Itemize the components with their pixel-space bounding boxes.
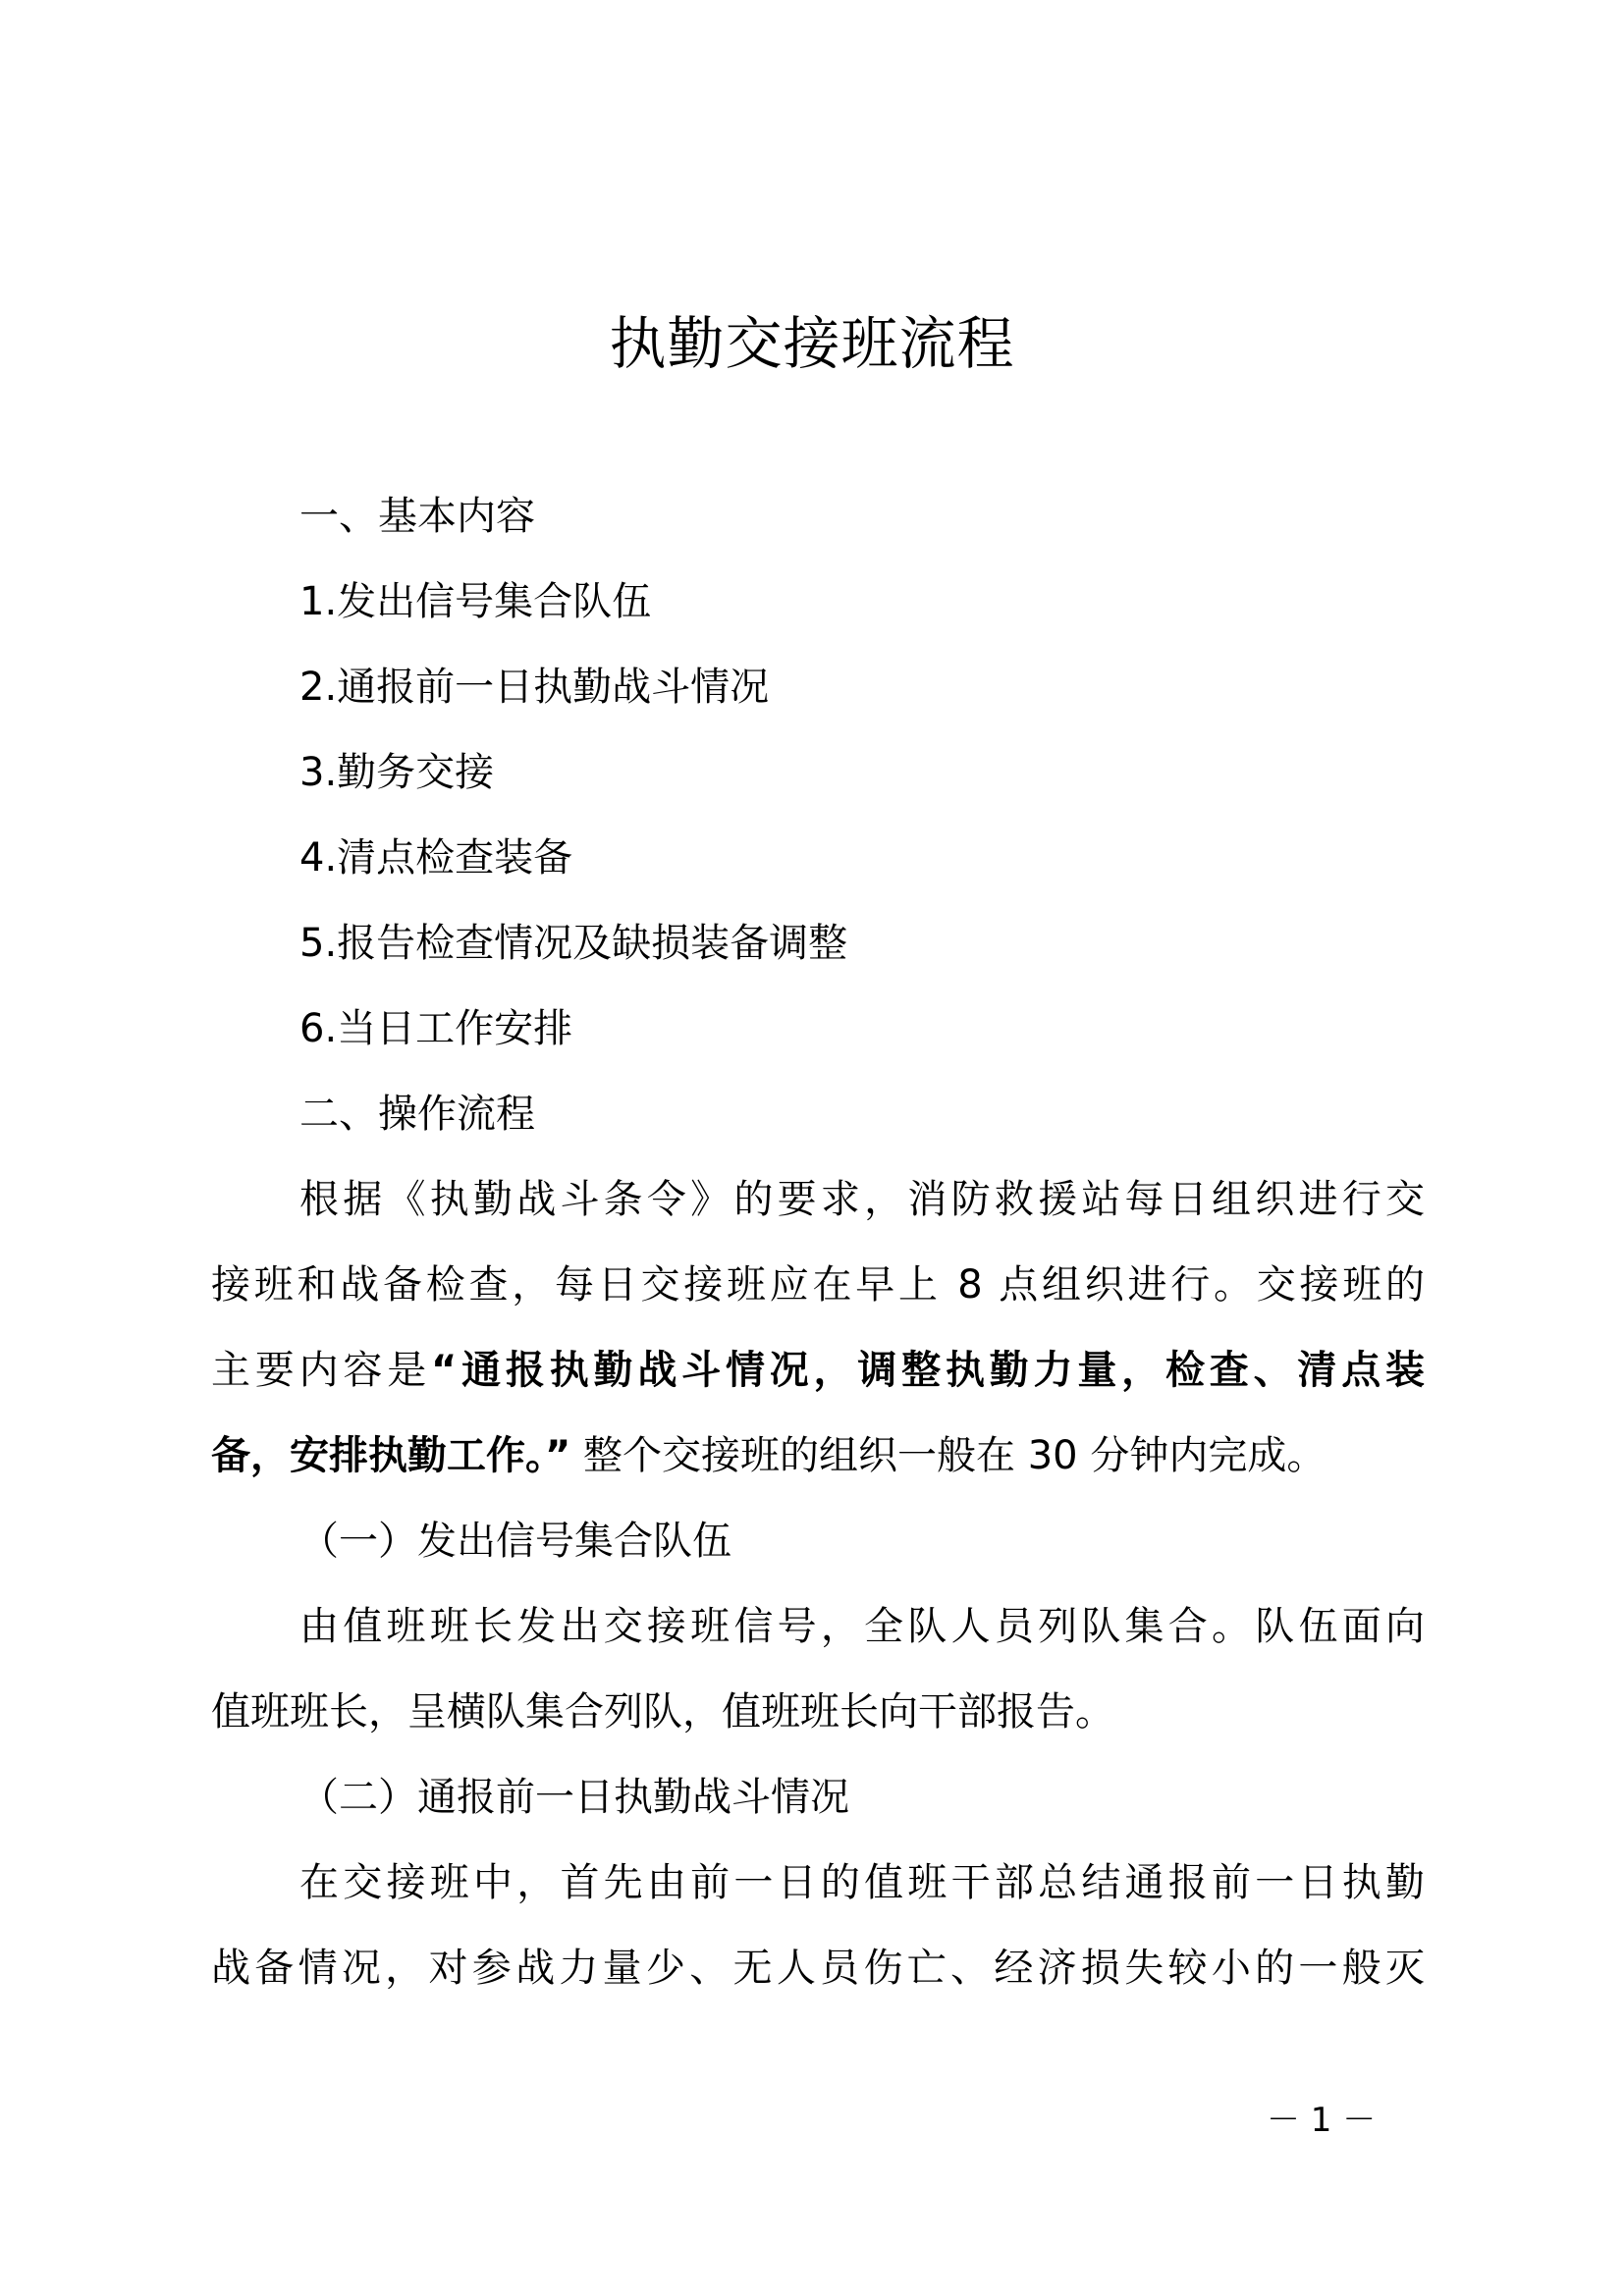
paragraph-line: 主要内容是“通报执勤战斗情况，调整执勤力量，检查、清点装 [211, 1343, 1425, 1398]
list-item: 3.勤务交接 [299, 745, 494, 800]
paragraph-line: 备，安排执勤工作。” 整个交接班的组织一般在 30 分钟内完成。 [211, 1428, 1425, 1483]
page-number: － 1 － [1267, 2099, 1376, 2142]
section-heading-procedure: 二、操作流程 [299, 1087, 535, 1142]
paragraph-line: 战备情况，对参战力量少、无人员伤亡、经济损失较小的一般灭 [211, 1941, 1425, 1996]
paragraph-line: 根据《执勤战斗条令》的要求，消防救援站每日组织进行交 [299, 1172, 1425, 1227]
document-title: 执勤交接班流程 [0, 304, 1624, 383]
paragraph-text: 整个交接班的组织一般在 30 分钟内完成。 [570, 1433, 1326, 1478]
list-item: 5.报告检查情况及缺损装备调整 [299, 916, 847, 971]
section-heading-basic-content: 一、基本内容 [299, 489, 535, 544]
emphasis-text: 备，安排执勤工作。” [211, 1433, 570, 1478]
paragraph-line: 接班和战备检查，每日交接班应在早上 8 点组织进行。交接班的 [211, 1257, 1425, 1312]
paragraph-line: 值班班长，呈横队集合列队，值班班长向干部报告。 [211, 1684, 1114, 1739]
list-item: 1.发出信号集合队伍 [299, 574, 651, 629]
paragraph-line: 由值班班长发出交接班信号，全队人员列队集合。队伍面向 [299, 1599, 1425, 1654]
paragraph-text: 主要内容是 [211, 1348, 431, 1393]
document-page: 执勤交接班流程 一、基本内容 1.发出信号集合队伍 2.通报前一日执勤战斗情况 … [0, 0, 1624, 2296]
subsection-heading-report: （二）通报前一日执勤战斗情况 [299, 1770, 849, 1825]
list-item: 4.清点检查装备 [299, 830, 572, 885]
emphasis-text: “通报执勤战斗情况，调整执勤力量，检查、清点装 [431, 1348, 1425, 1393]
paragraph-line: 在交接班中，首先由前一日的值班干部总结通报前一日执勤 [299, 1855, 1425, 1910]
subsection-heading-assemble: （一）发出信号集合队伍 [299, 1514, 731, 1569]
list-item: 6.当日工作安排 [299, 1001, 572, 1056]
list-item: 2.通报前一日执勤战斗情况 [299, 660, 769, 715]
